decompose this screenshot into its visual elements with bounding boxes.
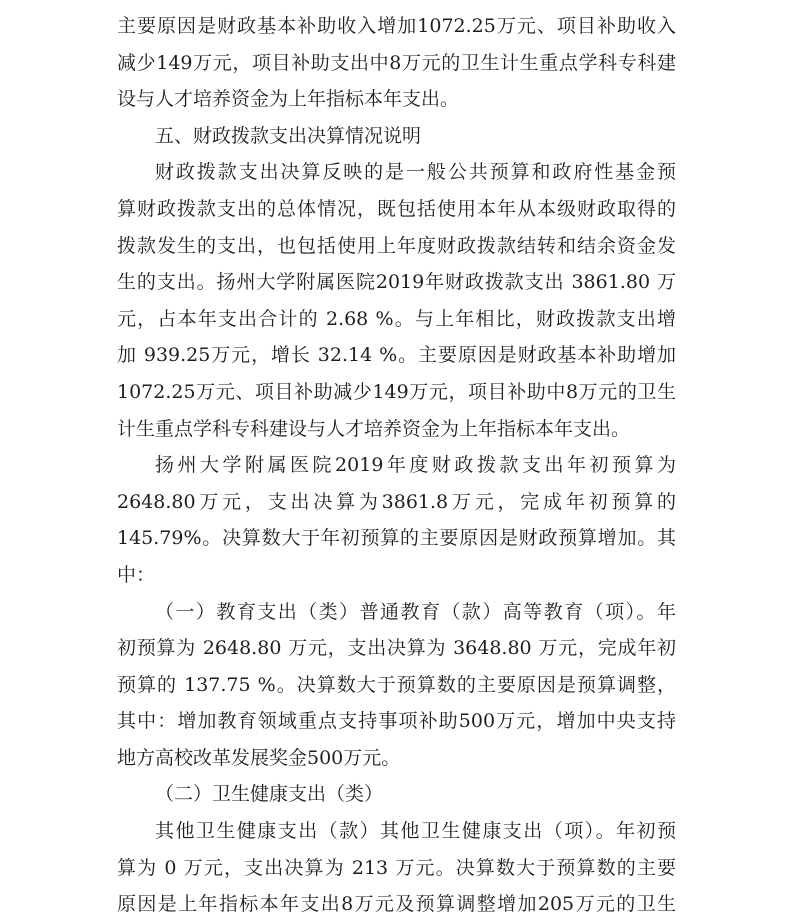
text-line: 中： [117,557,676,594]
text-line: 算为 0 万元，支出决算为 213 万元。决算数大于预算数的主要 [117,850,676,887]
text-line: 扬州大学附属医院2019年度财政拨款支出年初预算为 [117,447,676,484]
text-line: 原因是上年指标本年支出8万元及预算调整增加205万元的卫生 [117,886,676,923]
text-line: 减少149万元，项目补助支出中8万元的卫生计生重点学科专科建 [117,45,676,82]
text-line: 初预算为 2648.80 万元，支出决算为 3648.80 万元，完成年初 [117,630,676,667]
text-line: 主要原因是财政基本补助收入增加1072.25万元、项目补助收入 [117,8,676,45]
text-line: 算财政拨款支出的总体情况，既包括使用本年从本级财政取得的 [117,191,676,228]
text-line: 2648.80万元，支出决算为3861.8万元，完成年初预算的 [117,484,676,521]
text-line: 拨款发生的支出，也包括使用上年度财政拨款结转和结余资金发 [117,228,676,265]
text-line: 加 939.25万元，增长 32.14 %。主要原因是财政基本补助增加 [117,337,676,374]
text-line: （二）卫生健康支出（类） [117,776,676,813]
text-line: 其中：增加教育领域重点支持事项补助500万元，增加中央支持 [117,703,676,740]
text-line: 其他卫生健康支出（款）其他卫生健康支出（项）。年初预 [117,813,676,850]
text-line: 设与人才培养资金为上年指标本年支出。 [117,81,676,118]
text-line: 财政拨款支出决算反映的是一般公共预算和政府性基金预 [117,154,676,191]
document-page: 主要原因是财政基本补助收入增加1072.25万元、项目补助收入减少149万元，项… [0,0,793,924]
text-line: 145.79%。决算数大于年初预算的主要原因是财政预算增加。其 [117,520,676,557]
text-line: 计生重点学科专科建设与人才培养资金为上年指标本年支出。 [117,411,676,448]
text-line: 元，占本年支出合计的 2.68 %。与上年相比，财政拨款支出增 [117,301,676,338]
text-line: （一）教育支出（类）普通教育（款）高等教育（项）。年 [117,594,676,631]
text-line: 1072.25万元、项目补助减少149万元，项目补助中8万元的卫生 [117,374,676,411]
text-line: 地方高校改革发展奖金500万元。 [117,740,676,777]
text-line: 生的支出。扬州大学附属医院2019年财政拨款支出 3861.80 万 [117,264,676,301]
document-body: 主要原因是财政基本补助收入增加1072.25万元、项目补助收入减少149万元，项… [117,8,676,923]
text-line: 预算的 137.75 %。决算数大于预算数的主要原因是预算调整， [117,667,676,704]
text-line: 五、财政拨款支出决算情况说明 [117,118,676,155]
